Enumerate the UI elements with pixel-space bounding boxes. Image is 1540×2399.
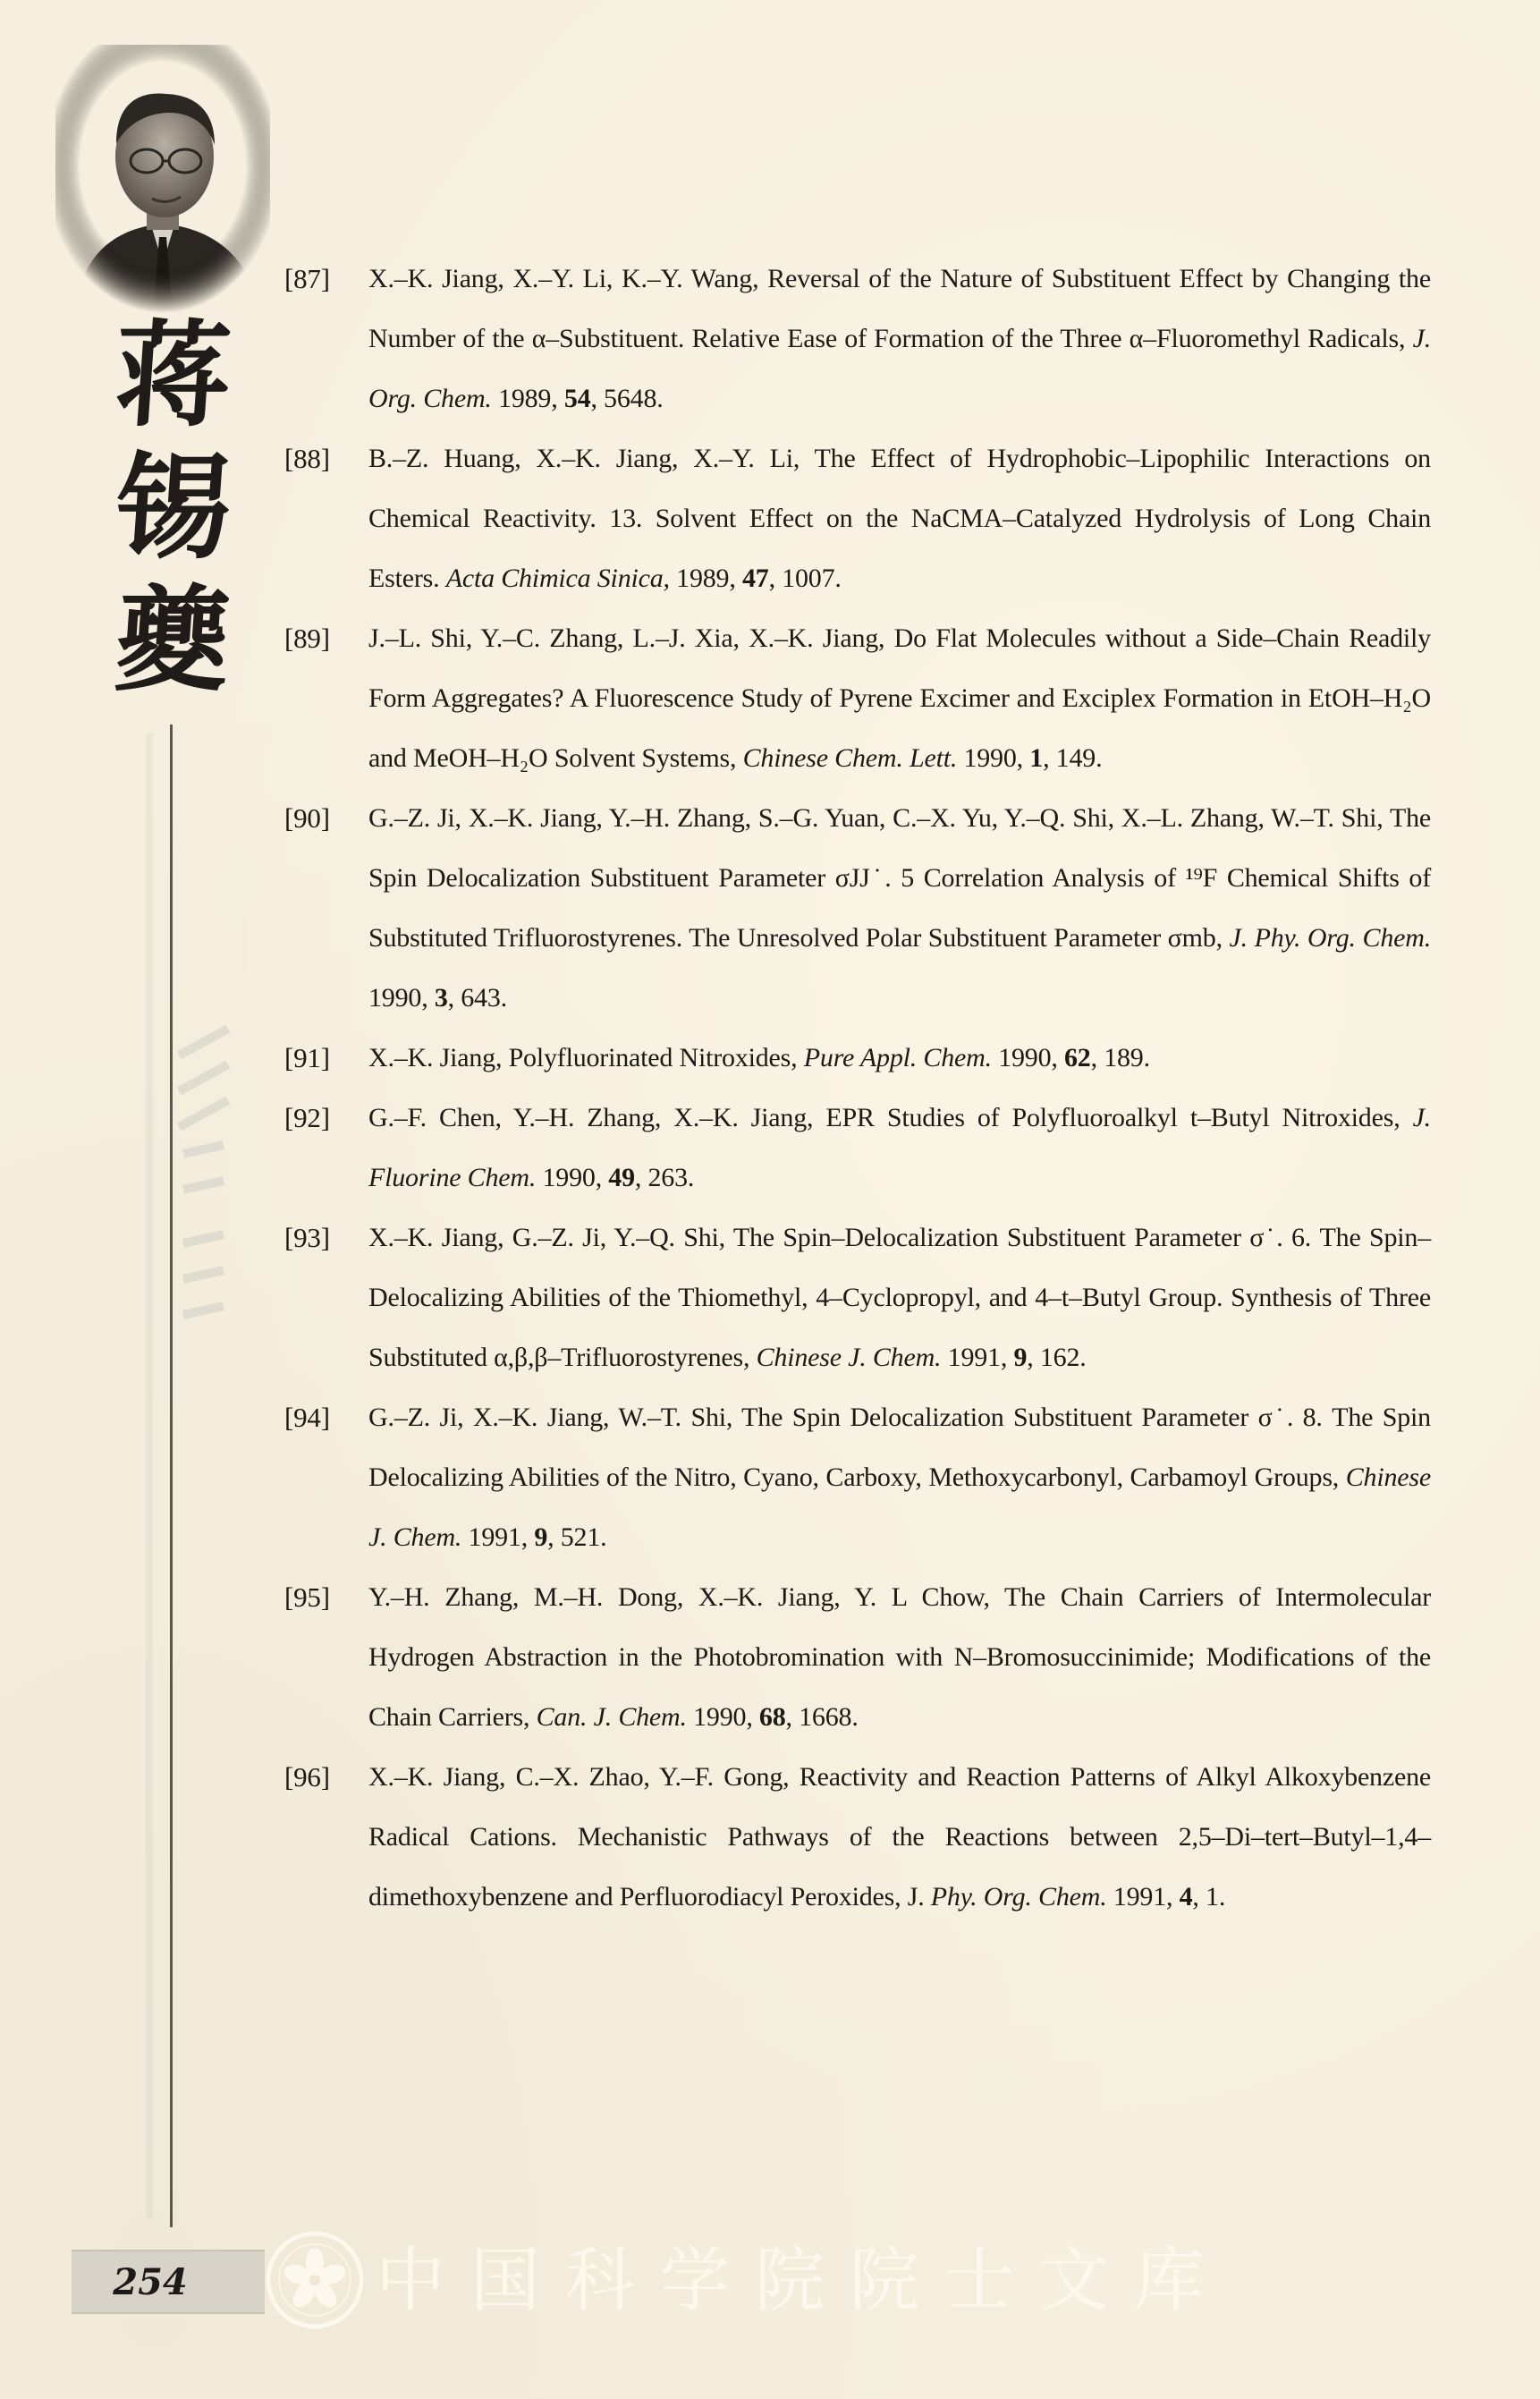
reference-number: 93 (284, 1208, 330, 1267)
reference-item: 95Y.–H. Zhang, M.–H. Dong, X.–K. Jiang, … (284, 1567, 1431, 1747)
reference-volume: 1 (1029, 743, 1043, 773)
reference-journal: Chinese Chem. Lett. (743, 743, 958, 773)
reference-volume: 62 (1064, 1043, 1091, 1072)
reference-year: 1989, (492, 384, 564, 413)
reference-pages: , 263. (635, 1163, 694, 1192)
reference-pages: , 521. (547, 1522, 606, 1552)
reference-authors: G.–F. Chen, Y.–H. Zhang, X.–K. Jiang, (368, 1103, 813, 1132)
reference-number: 87 (284, 249, 330, 309)
reference-number: 89 (284, 608, 330, 668)
reference-year: 1991, (1107, 1882, 1180, 1912)
reference-pages: , 149. (1043, 743, 1102, 773)
reference-number: 90 (284, 788, 330, 848)
reference-pages: , 1668. (786, 1702, 859, 1732)
reference-volume: 54 (564, 384, 591, 413)
vertical-rule (170, 725, 173, 2227)
reference-item: 87X.–K. Jiang, X.–Y. Li, K.–Y. Wang, Rev… (284, 249, 1431, 428)
reference-pages: , 1. (1192, 1882, 1225, 1912)
reference-journal: Can. J. Chem. (537, 1702, 687, 1732)
reference-journal: Acta Chimica Sinica, (446, 564, 670, 593)
reference-pages: , 1007. (769, 564, 842, 593)
reference-item: 90G.–Z. Ji, X.–K. Jiang, Y.–H. Zhang, S.… (284, 788, 1431, 1028)
author-name-calligraphy: 蒋 锡 夔 (106, 313, 240, 703)
reference-volume: 3 (435, 983, 448, 1013)
reference-journal: Chinese J. Chem. (757, 1343, 942, 1372)
reference-title: EPR Studies of Polyfluoroalkyl t–Butyl N… (813, 1103, 1412, 1132)
bleed-through-signature-icon (174, 1020, 237, 1369)
reference-list: 87X.–K. Jiang, X.–Y. Li, K.–Y. Wang, Rev… (284, 249, 1431, 1927)
reference-item: 92G.–F. Chen, Y.–H. Zhang, X.–K. Jiang, … (284, 1088, 1431, 1208)
reference-year: 1990, (536, 1163, 608, 1192)
reference-item: 93X.–K. Jiang, G.–Z. Ji, Y.–Q. Shi, The … (284, 1208, 1431, 1387)
author-portrait (55, 45, 270, 313)
reference-number: 91 (284, 1028, 330, 1088)
reference-journal: Pure Appl. Chem. (804, 1043, 992, 1072)
reference-volume: 9 (1013, 1343, 1027, 1372)
reference-pages: , 643. (448, 983, 507, 1013)
reference-number: 88 (284, 428, 330, 488)
reference-pages: , 189. (1091, 1043, 1150, 1072)
reference-authors: X.–K. Jiang, C.–X. Zhao, Y.–F. Gong, (368, 1762, 789, 1792)
reference-authors: G.–Z. Ji, X.–K. Jiang, Y.–H. Zhang, S.–G… (368, 803, 1383, 833)
reference-authors: B.–Z. Huang, X.–K. Jiang, X.–Y. Li, (368, 444, 800, 473)
reference-year: 1990, (992, 1043, 1064, 1072)
page-number: 254 (113, 2261, 188, 2303)
reference-journal: J. Phy. Org. Chem. (1230, 923, 1431, 953)
reference-number: 94 (284, 1387, 330, 1447)
reference-authors: G.–Z. Ji, X.–K. Jiang, W.–T. Shi, (368, 1403, 732, 1432)
reference-number: 96 (284, 1747, 330, 1807)
portrait-photo-icon (55, 45, 270, 313)
name-char-2: 锡 (111, 445, 234, 571)
reference-journal: Phy. Org. Chem. (931, 1882, 1107, 1912)
reference-year: 1990, (368, 983, 435, 1013)
reference-authors: X.–K. Jiang, X.–Y. Li, K.–Y. Wang, (368, 264, 758, 293)
reference-pages: , 162. (1027, 1343, 1086, 1372)
reference-pages: , 5648. (590, 384, 663, 413)
reference-item: 88B.–Z. Huang, X.–K. Jiang, X.–Y. Li, Th… (284, 428, 1431, 608)
reference-authors: J.–L. Shi, Y.–C. Zhang, L.–J. Xia, X.–K.… (368, 623, 884, 653)
reference-item: 91X.–K. Jiang, Polyfluorinated Nitroxide… (284, 1028, 1431, 1088)
reference-volume: 49 (608, 1163, 635, 1192)
reference-year: 1991, (941, 1343, 1013, 1372)
reference-authors: Y.–H. Zhang, M.–H. Dong, X.–K. Jiang, Y.… (368, 1582, 990, 1612)
reference-year: 1991, (461, 1522, 534, 1552)
reference-volume: 47 (742, 564, 769, 593)
reference-authors: X.–K. Jiang, G.–Z. Ji, Y.–Q. Shi, (368, 1223, 725, 1252)
reference-authors: X.–K. Jiang, (368, 1043, 502, 1072)
name-char-3: 夔 (111, 578, 234, 703)
reference-volume: 68 (759, 1702, 786, 1732)
reference-year: 1989, (670, 564, 742, 593)
reference-year: 1990, (687, 1702, 759, 1732)
reference-item: 89J.–L. Shi, Y.–C. Zhang, L.–J. Xia, X.–… (284, 608, 1431, 788)
reference-number: 95 (284, 1567, 330, 1627)
rule-shadow (146, 733, 153, 2218)
reference-number: 92 (284, 1088, 330, 1148)
reference-year: 1990, (957, 743, 1029, 773)
reference-volume: 4 (1180, 1882, 1193, 1912)
name-char-1: 蒋 (111, 313, 234, 438)
reference-item: 94G.–Z. Ji, X.–K. Jiang, W.–T. Shi, The … (284, 1387, 1431, 1567)
series-title: 中国科学院院士文库 (376, 2236, 1229, 2326)
reference-title: Polyfluorinated Nitroxides, (502, 1043, 804, 1072)
book-page: 蒋 锡 夔 87X.–K. Jiang, X.–Y. Li, K.–Y. Wan… (0, 0, 1540, 2399)
academy-emblem-icon (265, 2230, 365, 2330)
reference-item: 96X.–K. Jiang, C.–X. Zhao, Y.–F. Gong, R… (284, 1747, 1431, 1927)
page-number-box: 254 (72, 2250, 265, 2314)
reference-volume: 9 (534, 1522, 547, 1552)
